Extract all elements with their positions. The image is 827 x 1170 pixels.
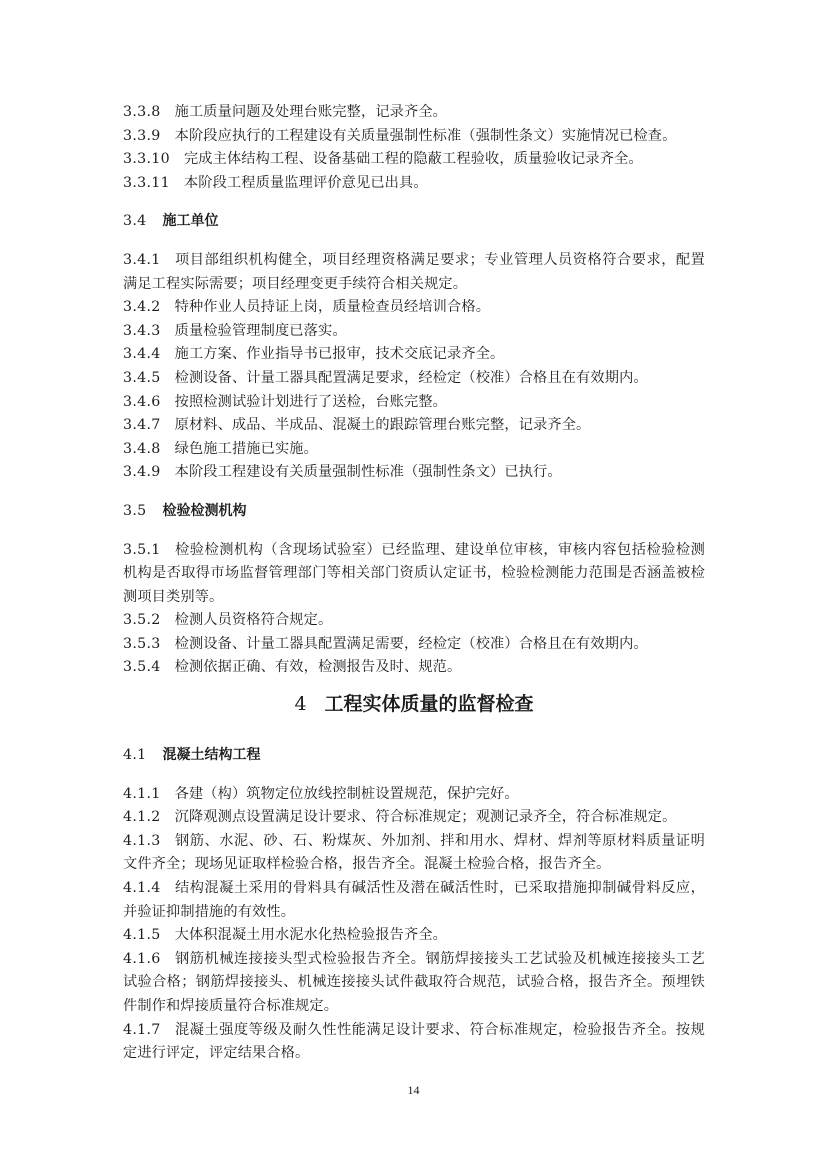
item-number: 3.4.5 xyxy=(123,367,161,391)
section-number: 4.1 xyxy=(123,744,146,768)
section-3-5-list: 3.5.1检验检测机构（含现场试验室）已经监理、建设单位审核，审核内容包括检验检… xyxy=(123,539,705,681)
item-number: 3.4.4 xyxy=(123,343,161,367)
document-page: 3.3.8施工质量问题及处理台账完整，记录齐全。 3.3.9本阶段应执行的工程建… xyxy=(123,101,705,1066)
list-item: 3.3.9本阶段应执行的工程建设有关质量强制性标准（强制性条文）实施情况已检查。 xyxy=(123,125,705,149)
item-text: 绿色施工措施已实施。 xyxy=(175,441,318,457)
item-number: 4.1.7 xyxy=(123,1019,161,1043)
chapter-title: 工程实体质量的监督检查 xyxy=(325,693,534,715)
list-item: 3.3.8施工质量问题及处理台账完整，记录齐全。 xyxy=(123,101,705,125)
section-number: 3.4 xyxy=(123,210,146,234)
item-number: 3.3.11 xyxy=(123,172,170,196)
list-item: 4.1.7混凝土强度等级及耐久性性能满足设计要求、符合标准规定，检验报告齐全。按… xyxy=(123,1019,705,1066)
section-title: 施工单位 xyxy=(162,213,218,229)
list-item: 3.4.1项目部组织机构健全，项目经理资格满足要求；专业管理人员资格符合要求，配… xyxy=(123,249,705,296)
section-3-3-list: 3.3.8施工质量问题及处理台账完整，记录齐全。 3.3.9本阶段应执行的工程建… xyxy=(123,101,705,195)
section-3-4-list: 3.4.1项目部组织机构健全，项目经理资格满足要求；专业管理人员资格符合要求，配… xyxy=(123,249,705,485)
item-number: 3.4.9 xyxy=(123,461,161,485)
item-number: 3.4.3 xyxy=(123,320,161,344)
list-item: 3.4.6按照检测试验计划进行了送检，台账完整。 xyxy=(123,391,705,415)
item-number: 3.4.6 xyxy=(123,391,161,415)
section-number: 3.5 xyxy=(123,500,146,524)
item-number: 3.3.9 xyxy=(123,125,161,149)
list-item: 3.4.4施工方案、作业指导书已报审，技术交底记录齐全。 xyxy=(123,343,705,367)
item-text: 钢筋机械连接接头型式检验报告齐全。钢筋焊接接头工艺试验及机械连接接头工艺试验合格… xyxy=(123,951,705,1014)
item-text: 大体积混凝土用水泥水化热检验报告齐全。 xyxy=(175,927,447,943)
item-number: 3.5.4 xyxy=(123,656,161,680)
item-number: 3.5.3 xyxy=(123,633,161,657)
item-text: 本阶段应执行的工程建设有关质量强制性标准（强制性条文）实施情况已检查。 xyxy=(175,128,677,144)
item-number: 4.1.5 xyxy=(123,924,161,948)
item-text: 原材料、成品、半成品、混凝土的跟踪管理台账完整，记录齐全。 xyxy=(175,417,591,433)
item-number: 4.1.6 xyxy=(123,948,161,972)
list-item: 3.4.2特种作业人员持证上岗，质量检查员经培训合格。 xyxy=(123,296,705,320)
item-number: 3.3.8 xyxy=(123,101,161,125)
item-number: 4.1.2 xyxy=(123,806,161,830)
item-text: 结构混凝土采用的骨料具有碱活性及潜在碱活性时，已采取措施抑制碱骨料反应，并验证抑… xyxy=(123,880,705,920)
item-text: 检测设备、计量工器具配置满足要求，经检定（校准）合格且在有效期内。 xyxy=(175,370,648,386)
item-text: 项目部组织机构健全，项目经理资格满足要求；专业管理人员资格符合要求，配置满足工程… xyxy=(123,252,705,292)
item-text: 按照检测试验计划进行了送检，台账完整。 xyxy=(175,394,447,410)
item-text: 沉降观测点设置满足设计要求、符合标准规定；观测记录齐全，符合标准规定。 xyxy=(175,809,677,825)
item-text: 施工质量问题及处理台账完整，记录齐全。 xyxy=(175,104,447,120)
item-number: 3.4.2 xyxy=(123,296,161,320)
list-item: 4.1.6钢筋机械连接接头型式检验报告齐全。钢筋焊接接头工艺试验及机械连接接头工… xyxy=(123,948,705,1019)
list-item: 3.4.5检测设备、计量工器具配置满足要求，经检定（校准）合格且在有效期内。 xyxy=(123,367,705,391)
list-item: 4.1.1各建（构）筑物定位放线控制桩设置规范，保护完好。 xyxy=(123,783,705,807)
section-heading-3-5: 3.5检验检测机构 xyxy=(123,500,705,524)
item-text: 钢筋、水泥、砂、石、粉煤灰、外加剂、拌和用水、焊材、焊剂等原材料质量证明文件齐全… xyxy=(123,833,705,873)
item-number: 4.1.4 xyxy=(123,877,161,901)
list-item: 4.1.2沉降观测点设置满足设计要求、符合标准规定；观测记录齐全，符合标准规定。 xyxy=(123,806,705,830)
item-text: 检测设备、计量工器具配置满足需要，经检定（校准）合格且在有效期内。 xyxy=(175,636,648,652)
section-title: 检验检测机构 xyxy=(162,503,246,519)
item-text: 质量检验管理制度已落实。 xyxy=(175,323,347,339)
list-item: 3.4.9本阶段工程建设有关质量强制性标准（强制性条文）已执行。 xyxy=(123,461,705,485)
list-item: 4.1.3钢筋、水泥、砂、石、粉煤灰、外加剂、拌和用水、焊材、焊剂等原材料质量证… xyxy=(123,830,705,877)
chapter-heading-4: 4工程实体质量的监督检查 xyxy=(123,690,705,718)
item-text: 完成主体结构工程、设备基础工程的隐蔽工程验收，质量验收记录齐全。 xyxy=(184,151,643,167)
chapter-number: 4 xyxy=(294,693,306,715)
item-text: 施工方案、作业指导书已报审，技术交底记录齐全。 xyxy=(175,346,505,362)
list-item: 4.1.5大体积混凝土用水泥水化热检验报告齐全。 xyxy=(123,924,705,948)
item-number: 3.4.7 xyxy=(123,414,161,438)
list-item: 3.3.10完成主体结构工程、设备基础工程的隐蔽工程验收，质量验收记录齐全。 xyxy=(123,148,705,172)
list-item: 3.4.3质量检验管理制度已落实。 xyxy=(123,320,705,344)
list-item: 3.5.2检测人员资格符合规定。 xyxy=(123,609,705,633)
list-item: 3.4.7原材料、成品、半成品、混凝土的跟踪管理台账完整，记录齐全。 xyxy=(123,414,705,438)
page-number: 14 xyxy=(0,1083,827,1098)
item-number: 3.5.2 xyxy=(123,609,161,633)
list-item: 3.4.8绿色施工措施已实施。 xyxy=(123,438,705,462)
item-number: 3.4.1 xyxy=(123,249,161,273)
list-item: 3.5.4检测依据正确、有效，检测报告及时、规范。 xyxy=(123,656,705,680)
list-item: 3.5.1检验检测机构（含现场试验室）已经监理、建设单位审核，审核内容包括检验检… xyxy=(123,539,705,610)
item-text: 本阶段工程质量监理评价意见已出具。 xyxy=(184,175,428,191)
item-number: 4.1.1 xyxy=(123,783,161,807)
list-item: 4.1.4结构混凝土采用的骨料具有碱活性及潜在碱活性时，已采取措施抑制碱骨料反应… xyxy=(123,877,705,924)
item-number: 3.5.1 xyxy=(123,539,161,563)
section-heading-3-4: 3.4施工单位 xyxy=(123,210,705,234)
item-number: 3.4.8 xyxy=(123,438,161,462)
item-text: 检验检测机构（含现场试验室）已经监理、建设单位审核，审核内容包括检验检测机构是否… xyxy=(123,542,705,605)
list-item: 3.3.11本阶段工程质量监理评价意见已出具。 xyxy=(123,172,705,196)
section-heading-4-1: 4.1混凝土结构工程 xyxy=(123,744,705,768)
item-number: 3.3.10 xyxy=(123,148,170,172)
list-item: 3.5.3检测设备、计量工器具配置满足需要，经检定（校准）合格且在有效期内。 xyxy=(123,633,705,657)
item-text: 混凝土强度等级及耐久性性能满足设计要求、符合标准规定，检验报告齐全。按规定进行评… xyxy=(123,1022,705,1062)
section-4-1-list: 4.1.1各建（构）筑物定位放线控制桩设置规范，保护完好。 4.1.2沉降观测点… xyxy=(123,783,705,1066)
item-text: 本阶段工程建设有关质量强制性标准（强制性条文）已执行。 xyxy=(175,464,562,480)
item-text: 检测人员资格符合规定。 xyxy=(175,612,333,628)
item-text: 检测依据正确、有效，检测报告及时、规范。 xyxy=(175,659,462,675)
item-text: 特种作业人员持证上岗，质量检查员经培训合格。 xyxy=(175,299,490,315)
item-text: 各建（构）筑物定位放线控制桩设置规范，保护完好。 xyxy=(175,786,519,802)
item-number: 4.1.3 xyxy=(123,830,161,854)
section-title: 混凝土结构工程 xyxy=(162,747,260,763)
